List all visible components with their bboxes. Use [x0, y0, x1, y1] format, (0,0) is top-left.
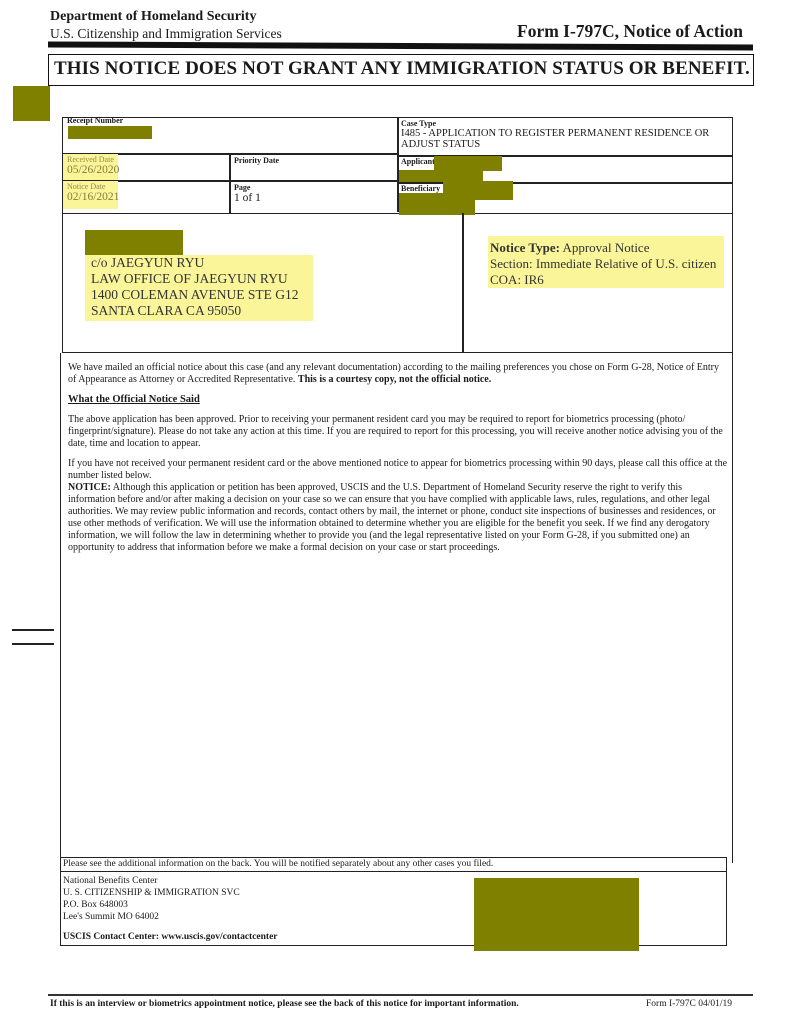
applicant-label: Applicant [401, 157, 435, 166]
office-line: National Benefits Center [63, 875, 240, 887]
applicant-redaction [434, 156, 502, 171]
page-label: Page [234, 183, 261, 192]
office-line: P.O. Box 648003 [63, 899, 240, 911]
notice-date-value: 02/16/2021 [67, 191, 118, 203]
received-date-label: Received Date [67, 155, 118, 164]
address-line: 1400 COLEMAN AVENUE STE G12 [91, 287, 313, 303]
address-line: c/o JAEGYUN RYU [91, 255, 313, 271]
notice-type-label: Notice Type: [490, 240, 560, 255]
notice-label: NOTICE: [68, 482, 111, 493]
header-rule [48, 41, 753, 50]
approval-paragraph: The above application has been approved.… [68, 414, 728, 450]
section-text: Section: Immediate Relative of U.S. citi… [490, 256, 724, 272]
status-disclaimer-banner: THIS NOTICE DOES NOT GRANT ANY IMMIGRATI… [48, 54, 754, 86]
applicant-field: Applicant [401, 157, 435, 166]
beneficiary-field: Beneficiary [401, 184, 440, 193]
department-name: Department of Homeland Security [50, 9, 256, 25]
case-type-field: Case Type I485 - APPLICATION TO REGISTER… [401, 119, 721, 150]
biometrics-paragraph: If you have not received your permanent … [68, 458, 728, 482]
page-field: Page 1 of 1 [234, 183, 261, 204]
address-line: LAW OFFICE OF JAEGYUN RYU [91, 271, 313, 287]
case-info-grid: Receipt Number Received Date 05/26/2020 … [62, 117, 733, 214]
notice-paragraph: Although this application or petition ha… [68, 482, 716, 553]
redaction-block [13, 86, 50, 121]
margin-mark [12, 629, 54, 631]
footer-note: If this is an interview or biometrics ap… [50, 999, 519, 1009]
notice-type-value: Approval Notice [562, 240, 649, 255]
address-divider [462, 213, 464, 353]
margin-mark [12, 643, 54, 645]
receipt-number-label: Receipt Number [67, 116, 123, 125]
receipt-number-redaction [68, 126, 152, 139]
notice-body: We have mailed an official notice about … [68, 362, 728, 562]
courtesy-copy-note: This is a courtesy copy, not the officia… [298, 374, 491, 385]
beneficiary-label: Beneficiary [401, 184, 440, 193]
notice-date-label: Notice Date [67, 182, 118, 191]
agency-name: U.S. Citizenship and Immigration Service… [50, 26, 282, 42]
notice-info: Notice Type: Approval Notice Section: Im… [488, 236, 724, 288]
case-type-value: I485 - APPLICATION TO REGISTER PERMANENT… [401, 128, 721, 150]
received-date-value: 05/26/2020 [67, 164, 118, 176]
case-type-label: Case Type [401, 119, 721, 128]
office-address: National Benefits Center U. S. CITIZENSH… [63, 875, 240, 923]
contact-center: USCIS Contact Center: www.uscis.gov/cont… [63, 932, 278, 942]
received-date-field: Received Date 05/26/2020 [63, 154, 118, 180]
footer-rule [48, 994, 753, 996]
coa-text: COA: IR6 [490, 272, 724, 288]
page-value: 1 of 1 [234, 192, 261, 204]
form-title: Form I-797C, Notice of Action [517, 21, 743, 42]
barcode-redaction [474, 878, 639, 951]
see-back-note: Please see the additional information on… [60, 857, 727, 872]
section-heading: What the Official Notice Said [68, 394, 728, 406]
receipt-number-field: Receipt Number [67, 116, 123, 125]
footer-form-id: Form I-797C 04/01/19 [646, 999, 732, 1009]
notice-date-field: Notice Date 02/16/2021 [63, 181, 118, 209]
address-line: SANTA CLARA CA 95050 [91, 303, 313, 319]
priority-date-field: Priority Date [234, 156, 279, 165]
office-line: Lee's Summit MO 64002 [63, 911, 240, 923]
office-line: U. S. CITIZENSHIP & IMMIGRATION SVC [63, 887, 240, 899]
mailing-address: c/o JAEGYUN RYU LAW OFFICE OF JAEGYUN RY… [85, 255, 313, 321]
priority-date-label: Priority Date [234, 156, 279, 165]
beneficiary-redaction-2 [399, 193, 475, 215]
recipient-name-redaction [85, 230, 183, 255]
